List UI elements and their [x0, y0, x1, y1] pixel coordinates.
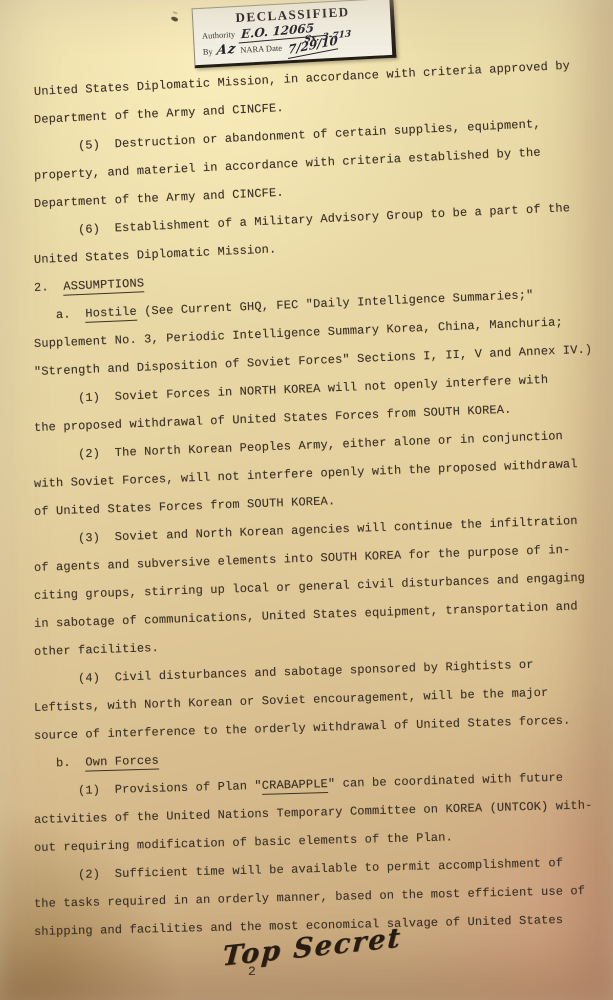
document-body: United States Diplomatic Mission, in acc…: [34, 78, 600, 946]
archivist-signature: Az: [216, 41, 238, 58]
nara-date-label: NARA Date: [240, 41, 283, 58]
ink-speck: [170, 16, 178, 23]
by-label: By: [202, 44, 213, 59]
document-page: DECLASSIFIED Authority E.O. 12065 By Az …: [0, 0, 613, 1000]
declassified-stamp: DECLASSIFIED Authority E.O. 12065 By Az …: [192, 0, 397, 68]
page-number: 2: [248, 964, 256, 979]
